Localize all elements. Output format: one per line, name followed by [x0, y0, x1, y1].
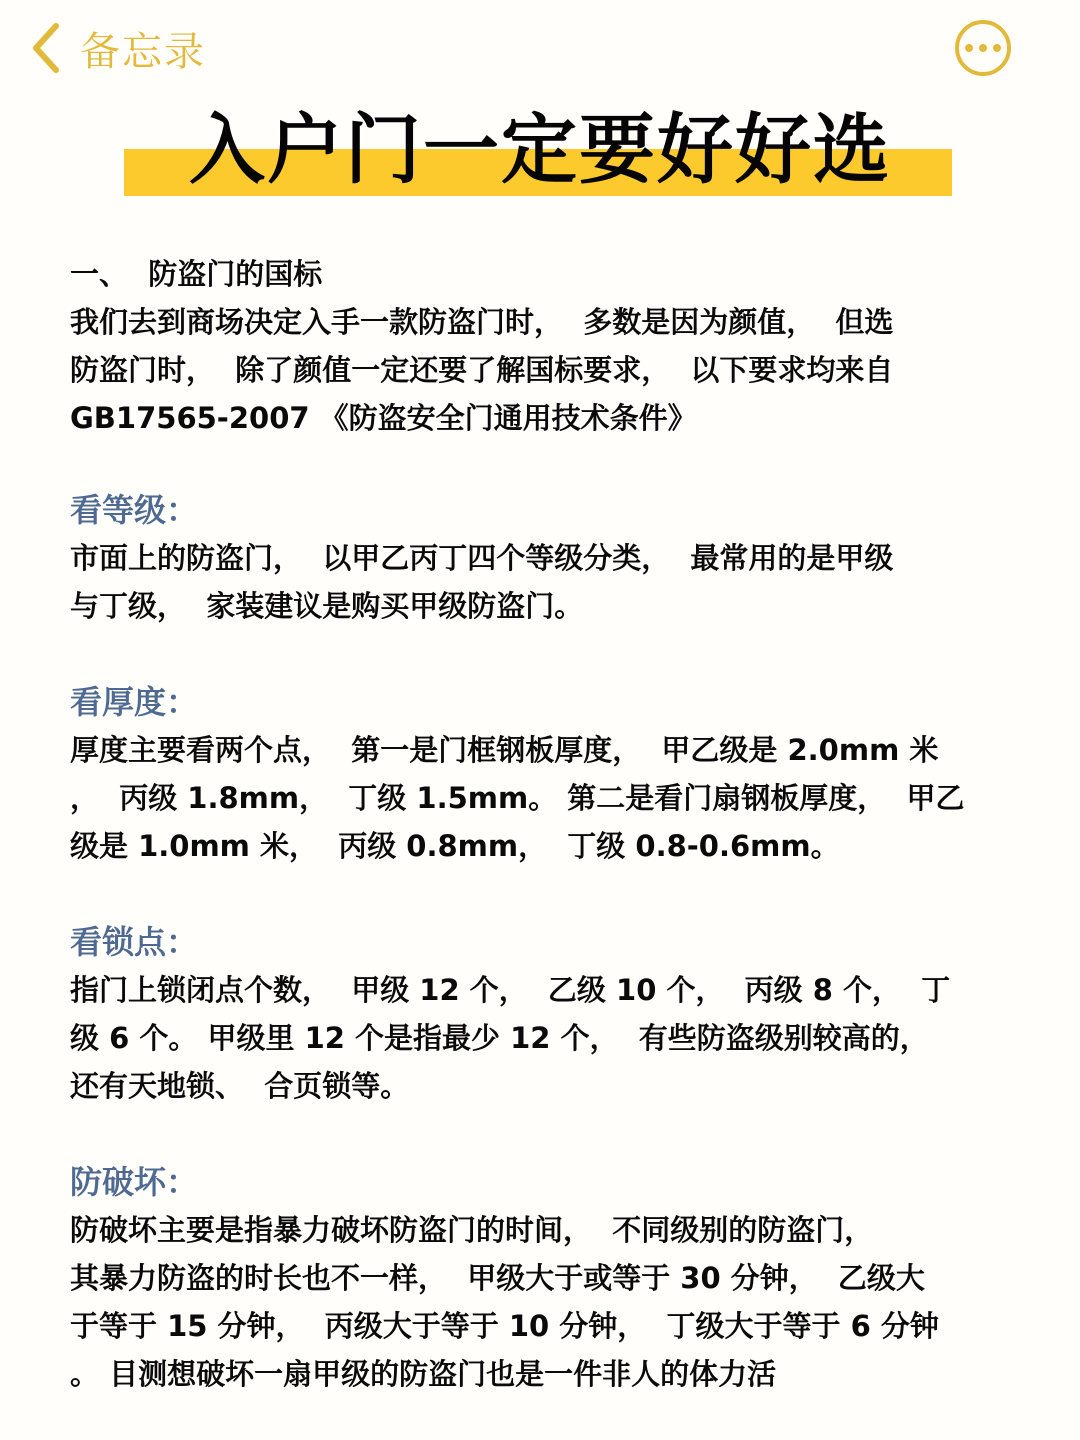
- section-line: 市面上的防盗门， 以甲乙丙丁四个等级分类， 最常用的是甲级: [70, 534, 1030, 582]
- section-line: 其暴力防盗的时长也不一样， 甲级大于或等于 30 分钟， 乙级大: [70, 1254, 1030, 1302]
- back-button[interactable]: 备忘录: [30, 20, 206, 76]
- section-thickness: 看厚度： 厚度主要看两个点， 第一是门框钢板厚度， 甲乙级是 2.0mm 米 ，…: [70, 678, 1030, 870]
- section-line: ， 丙级 1.8mm， 丁级 1.5mm。 第二是看门扇钢板厚度， 甲乙: [70, 774, 1030, 822]
- section-line: 与丁级， 家装建议是购买甲级防盗门。: [70, 582, 1030, 630]
- intro-line: GB17565-2007 《防盗安全门通用技术条件》: [70, 394, 1030, 442]
- section-line: 厚度主要看两个点， 第一是门框钢板厚度， 甲乙级是 2.0mm 米: [70, 726, 1030, 774]
- section-line: 级 6 个。 甲级里 12 个是指最少 12 个， 有些防盗级别较高的，: [70, 1014, 1030, 1062]
- note-title: 入户门一定要好好选: [0, 105, 1080, 195]
- section-lock-points: 看锁点： 指门上锁闭点个数， 甲级 12 个， 乙级 10 个， 丙级 8 个，…: [70, 918, 1030, 1110]
- intro-line: 我们去到商场决定入手一款防盗门时， 多数是因为颜值， 但选: [70, 298, 1030, 346]
- intro-heading: 一、 防盗门的国标: [70, 250, 1030, 298]
- more-options-icon: [993, 44, 1001, 52]
- back-label: 备忘录: [80, 20, 206, 77]
- section-grade: 看等级： 市面上的防盗门， 以甲乙丙丁四个等级分类， 最常用的是甲级 与丁级， …: [70, 486, 1030, 630]
- section-anti-damage: 防破坏： 防破坏主要是指暴力破坏防盗门的时间， 不同级别的防盗门， 其暴力防盗的…: [70, 1158, 1030, 1398]
- section-line: 还有天地锁、 合页锁等。: [70, 1062, 1030, 1110]
- section-line: 防破坏主要是指暴力破坏防盗门的时间， 不同级别的防盗门，: [70, 1206, 1030, 1254]
- section-line: 指门上锁闭点个数， 甲级 12 个， 乙级 10 个， 丙级 8 个， 丁: [70, 966, 1030, 1014]
- section-line: 于等于 15 分钟， 丙级大于等于 10 分钟， 丁级大于等于 6 分钟: [70, 1302, 1030, 1350]
- section-title: 防破坏：: [70, 1158, 1030, 1206]
- more-options-icon: [965, 44, 973, 52]
- section-title: 看厚度：: [70, 678, 1030, 726]
- note-body: 一、 防盗门的国标 我们去到商场决定入手一款防盗门时， 多数是因为颜值， 但选 …: [70, 250, 1030, 1440]
- section-title: 看锁点：: [70, 918, 1030, 966]
- more-options-icon: [979, 44, 987, 52]
- intro-line: 防盗门时， 除了颜值一定还要了解国标要求， 以下要求均来自: [70, 346, 1030, 394]
- more-options-button[interactable]: [955, 20, 1011, 76]
- section-line: 。 目测想破坏一扇甲级的防盗门也是一件非人的体力活: [70, 1350, 1030, 1398]
- navigation-bar: 备忘录: [0, 0, 1080, 100]
- section-line: 级是 1.0mm 米， 丙级 0.8mm， 丁级 0.8-0.6mm。: [70, 822, 1030, 870]
- section-title: 看等级：: [70, 486, 1030, 534]
- note-title-area: 入户门一定要好好选: [0, 105, 1080, 205]
- chevron-left-icon: [30, 22, 62, 74]
- intro-block: 一、 防盗门的国标 我们去到商场决定入手一款防盗门时， 多数是因为颜值， 但选 …: [70, 250, 1030, 442]
